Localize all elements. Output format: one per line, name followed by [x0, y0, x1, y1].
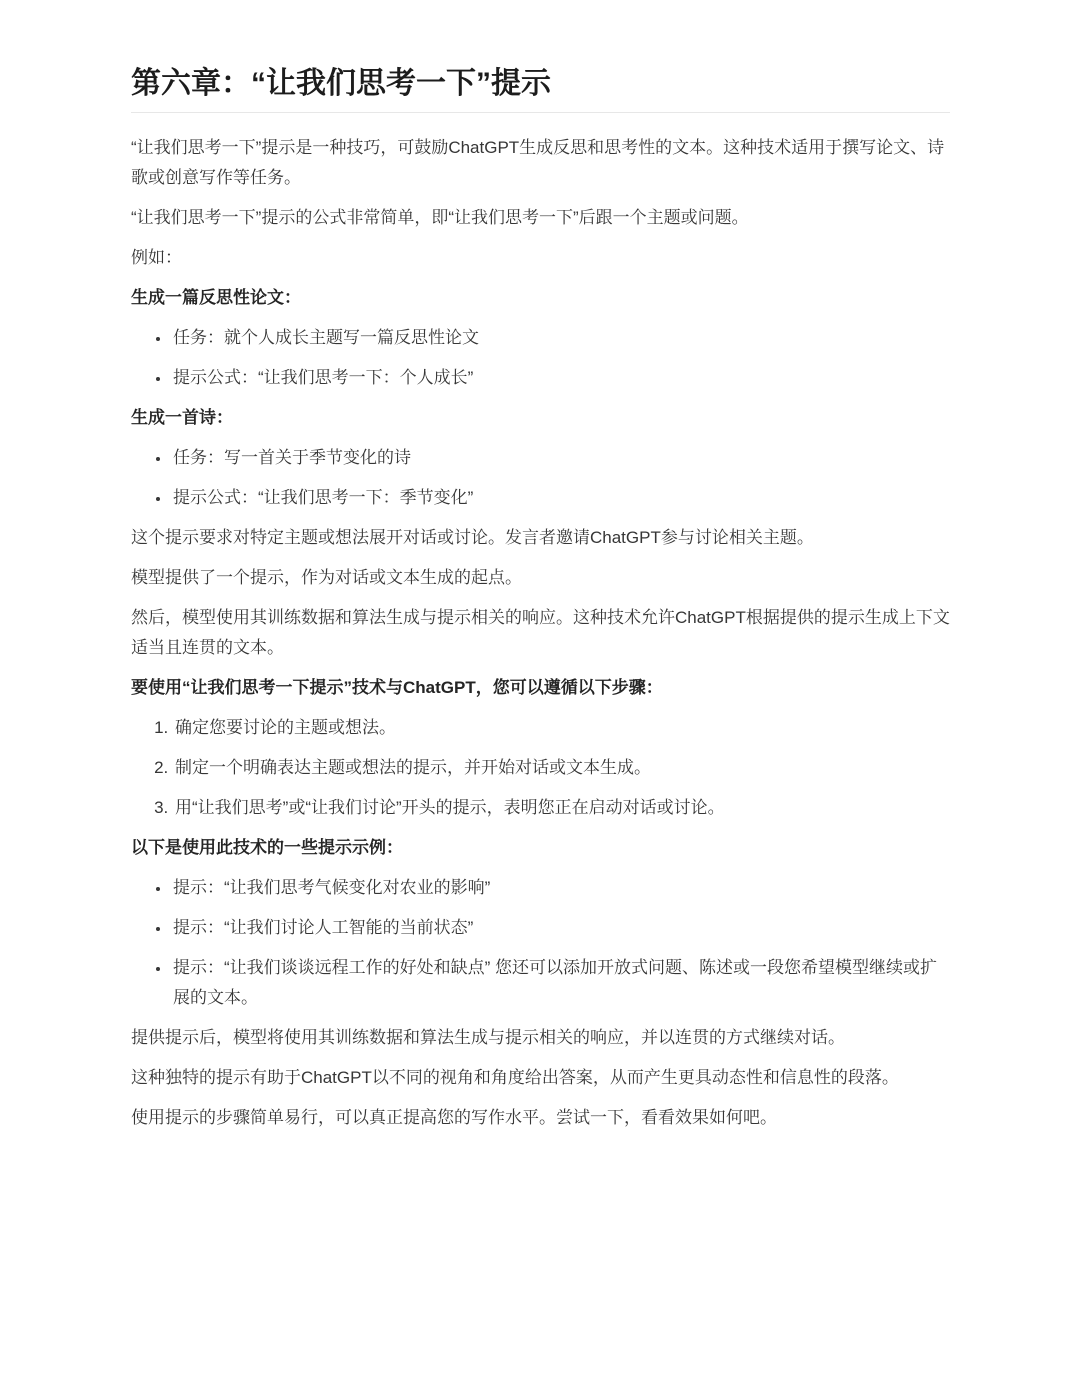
paragraph-explanation-1: 这个提示要求对特定主题或想法展开对话或讨论。发言者邀请ChatGPT参与讨论相关…	[131, 523, 950, 553]
list-item: 提示：“让我们思考气候变化对农业的影响”	[171, 873, 950, 903]
list-item: 任务：写一首关于季节变化的诗	[171, 443, 950, 473]
paragraph-explanation-3: 然后，模型使用其训练数据和算法生成与提示相关的响应。这种技术允许ChatGPT根…	[131, 603, 950, 663]
paragraph-closing-1: 提供提示后，模型将使用其训练数据和算法生成与提示相关的响应，并以连贯的方式继续对…	[131, 1023, 950, 1053]
section-heading-examples: 以下是使用此技术的一些提示示例：	[131, 833, 950, 863]
page-title: 第六章：“让我们思考一下”提示	[131, 64, 950, 113]
section-heading-essay: 生成一篇反思性论文：	[131, 283, 950, 313]
list-item: 提示公式：“让我们思考一下：季节变化”	[171, 483, 950, 513]
paragraph-closing-2: 这种独特的提示有助于ChatGPT以不同的视角和角度给出答案，从而产生更具动态性…	[131, 1063, 950, 1093]
list-item: 任务：就个人成长主题写一篇反思性论文	[171, 323, 950, 353]
paragraph-closing-3: 使用提示的步骤简单易行，可以真正提高您的写作水平。尝试一下，看看效果如何吧。	[131, 1103, 950, 1133]
section-heading-poem: 生成一首诗：	[131, 403, 950, 433]
list-item: 提示：“让我们谈谈远程工作的好处和缺点” 您还可以添加开放式问题、陈述或一段您希…	[171, 953, 950, 1013]
list-item: 提示公式：“让我们思考一下：个人成长”	[171, 363, 950, 393]
list-item: 确定您要讨论的主题或想法。	[173, 713, 950, 743]
list-item: 制定一个明确表达主题或想法的提示，并开始对话或文本生成。	[173, 753, 950, 783]
section-heading-steps: 要使用“让我们思考一下提示”技术与ChatGPT，您可以遵循以下步骤：	[131, 673, 950, 703]
essay-bullet-list: 任务：就个人成长主题写一篇反思性论文 提示公式：“让我们思考一下：个人成长”	[131, 323, 950, 393]
paragraph-for-example: 例如：	[131, 243, 950, 273]
list-item: 用“让我们思考”或“让我们讨论”开头的提示，表明您正在启动对话或讨论。	[173, 793, 950, 823]
document-content: 第六章：“让我们思考一下”提示 “让我们思考一下”提示是一种技巧，可鼓励Chat…	[0, 0, 1080, 1133]
list-item: 提示：“让我们讨论人工智能的当前状态”	[171, 913, 950, 943]
steps-numbered-list: 确定您要讨论的主题或想法。 制定一个明确表达主题或想法的提示，并开始对话或文本生…	[131, 713, 950, 823]
poem-bullet-list: 任务：写一首关于季节变化的诗 提示公式：“让我们思考一下：季节变化”	[131, 443, 950, 513]
examples-bullet-list: 提示：“让我们思考气候变化对农业的影响” 提示：“让我们讨论人工智能的当前状态”…	[131, 873, 950, 1013]
paragraph-intro-1: “让我们思考一下”提示是一种技巧，可鼓励ChatGPT生成反思和思考性的文本。这…	[131, 133, 950, 193]
paragraph-intro-2: “让我们思考一下”提示的公式非常简单，即“让我们思考一下”后跟一个主题或问题。	[131, 203, 950, 233]
paragraph-explanation-2: 模型提供了一个提示，作为对话或文本生成的起点。	[131, 563, 950, 593]
document-page: 第六章：“让我们思考一下”提示 “让我们思考一下”提示是一种技巧，可鼓励Chat…	[0, 0, 1080, 1397]
